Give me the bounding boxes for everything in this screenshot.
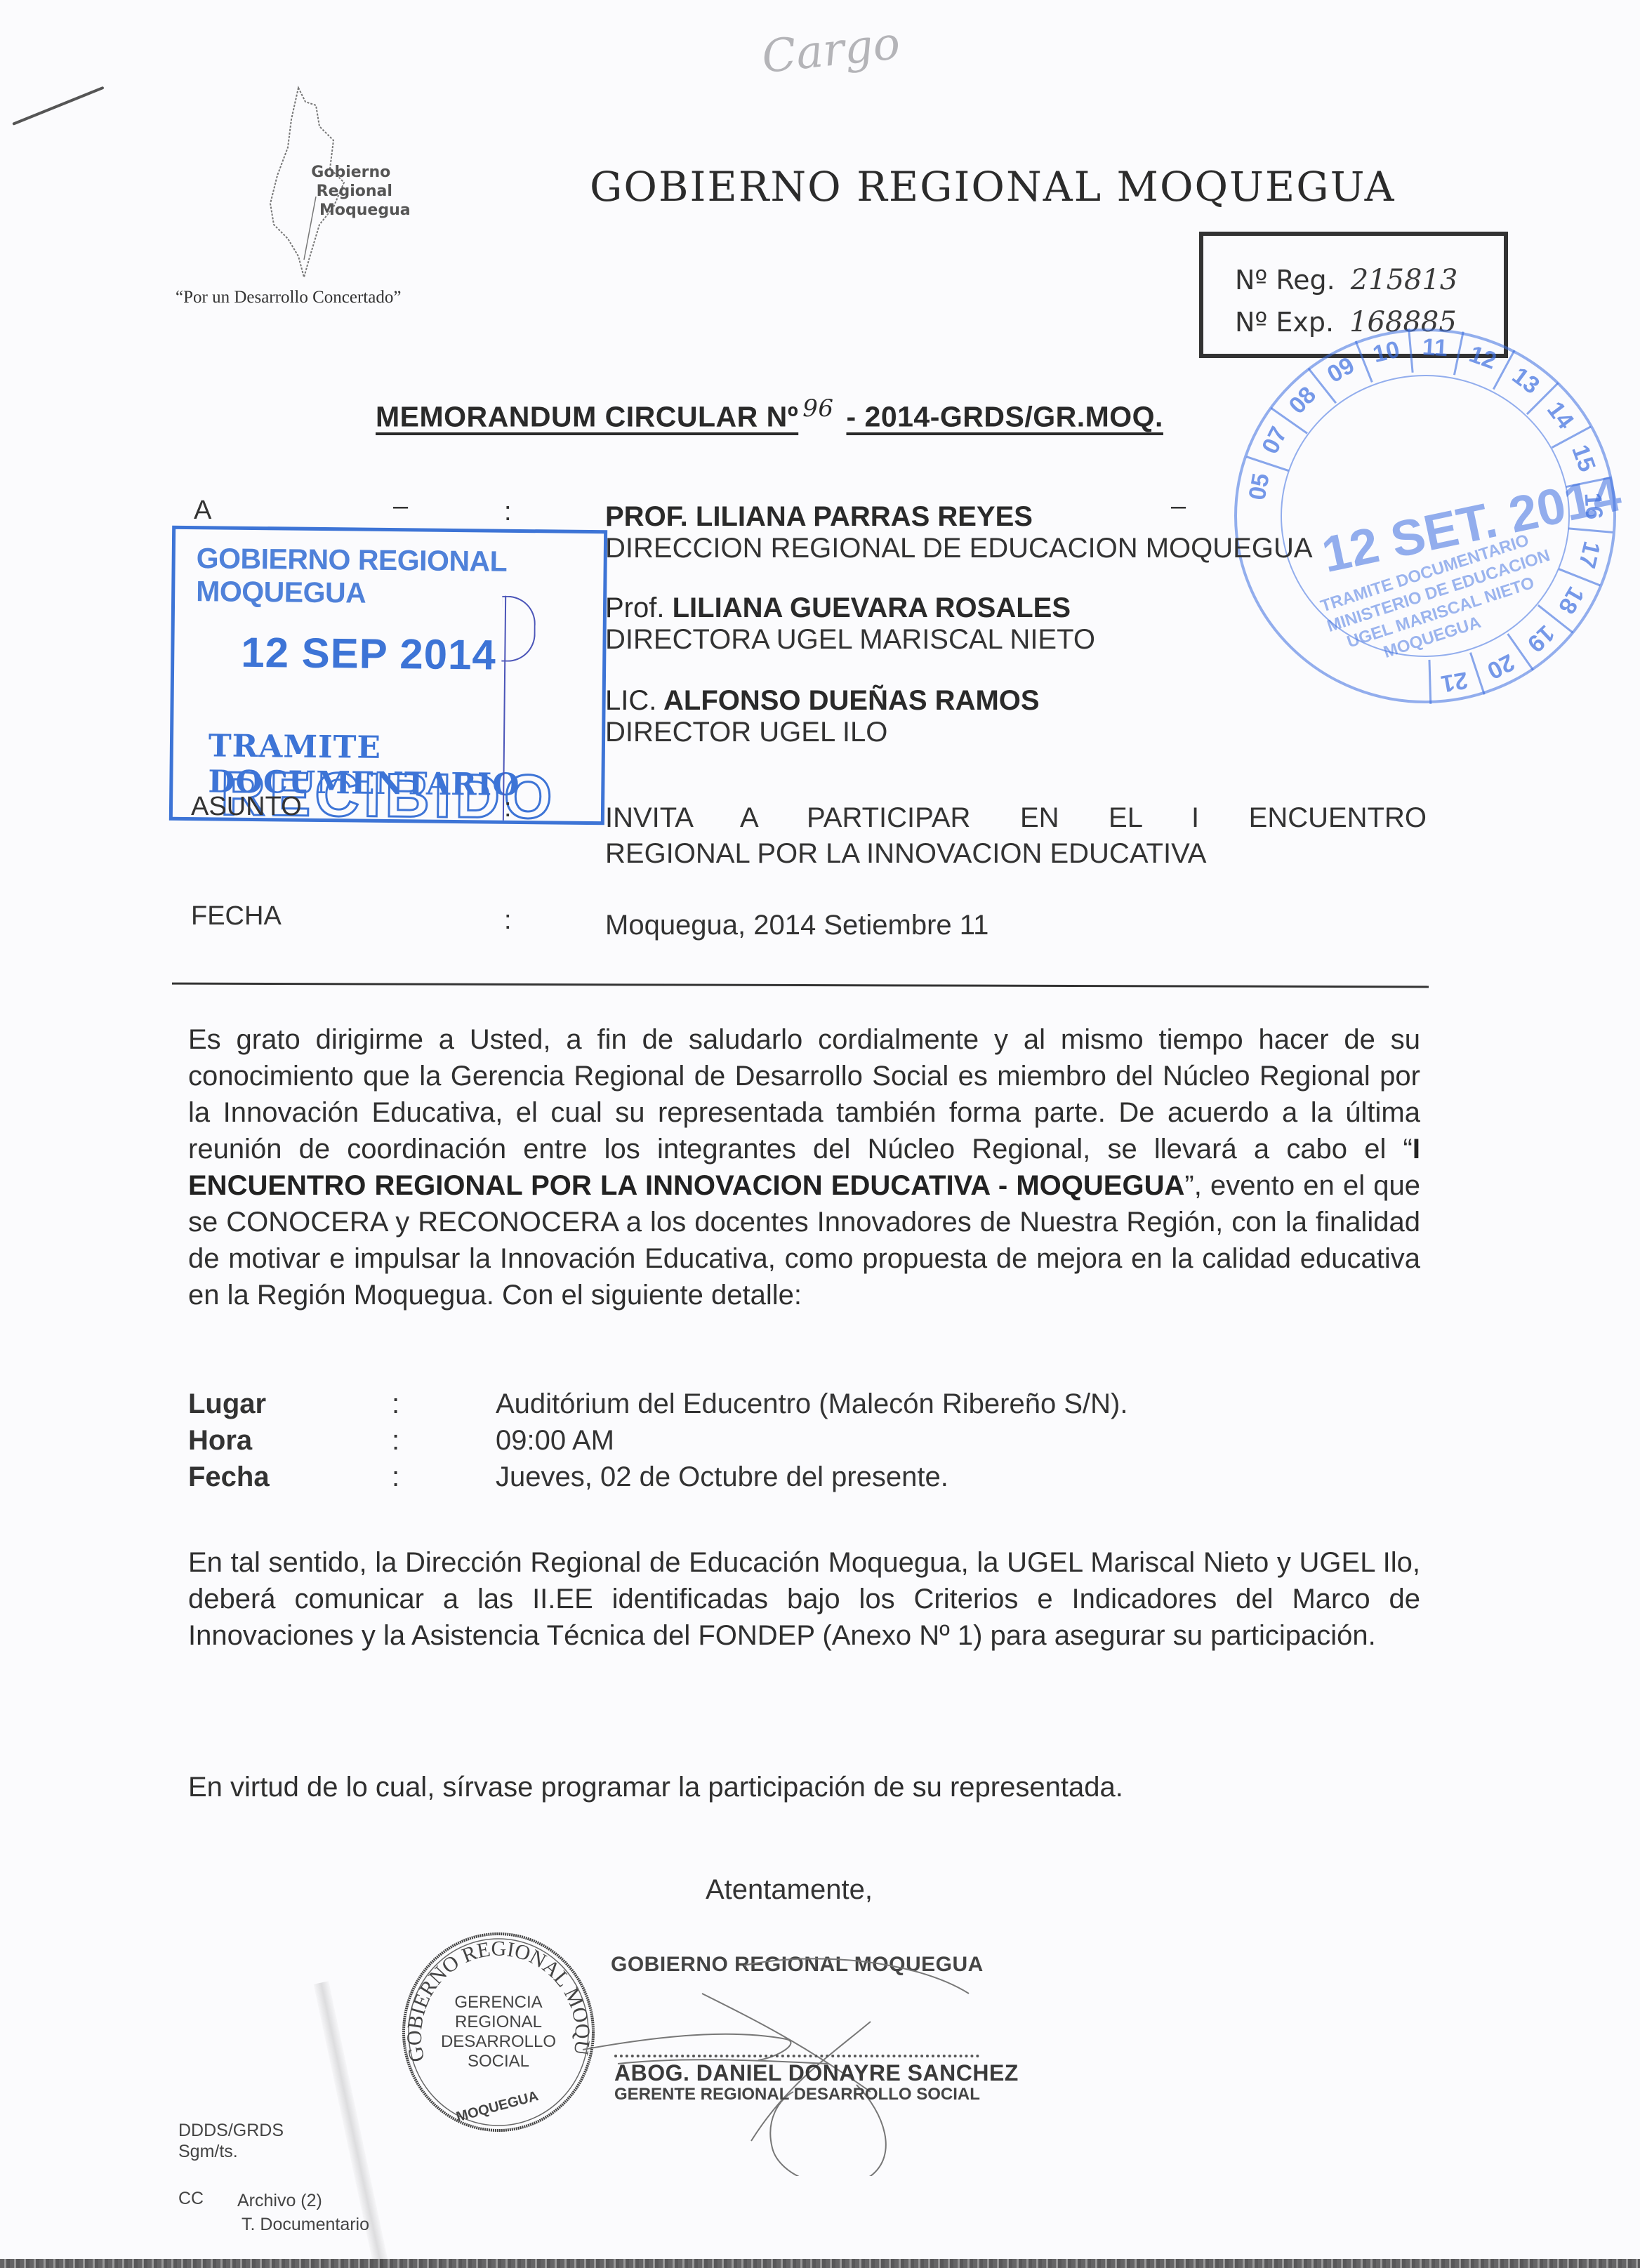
svg-text:21: 21 bbox=[1439, 666, 1470, 697]
organization-title: GOBIERNO REGIONAL MOQUEGUA bbox=[590, 163, 1396, 211]
svg-text:18: 18 bbox=[1553, 582, 1589, 618]
body-paragraph-2: En tal sentido, la Dirección Regional de… bbox=[188, 1544, 1420, 1654]
svg-text:20: 20 bbox=[1483, 649, 1519, 684]
svg-text:07: 07 bbox=[1257, 423, 1292, 458]
svg-text:05: 05 bbox=[1244, 471, 1275, 502]
closing: Atentamente, bbox=[706, 1874, 873, 1906]
subject-colon: : bbox=[504, 793, 512, 823]
to-label: A bbox=[194, 496, 211, 526]
svg-text:DESARROLLO: DESARROLLO bbox=[441, 2032, 556, 2051]
cc-list: Archivo (2) T. Documentario bbox=[237, 2189, 369, 2236]
svg-text:GERENCIA: GERENCIA bbox=[454, 1993, 542, 2012]
signatory-title: GERENTE REGIONAL DESARROLLO SOCIAL bbox=[614, 2085, 980, 2104]
svg-text:17: 17 bbox=[1573, 539, 1606, 571]
handwritten-cargo-note: Cargo bbox=[760, 18, 903, 84]
date-value: Moquegua, 2014 Setiembre 11 bbox=[605, 910, 988, 941]
svg-text:12: 12 bbox=[1466, 340, 1500, 375]
registry-number: Nº Reg.215813 bbox=[1235, 264, 1457, 296]
svg-text:REGIONAL: REGIONAL bbox=[455, 2012, 542, 2031]
reference-initials: DDDS/GRDS Sgm/ts. bbox=[178, 2120, 284, 2162]
dash-mark: – bbox=[393, 491, 408, 522]
official-seal: GOBIERNO REGIONAL MOQUEGUA GERENCIA REGI… bbox=[397, 1927, 600, 2137]
memo-number-handwritten: 96 bbox=[802, 394, 833, 423]
received-stamp: GOBIERNO REGIONAL MOQUEGUA 12 SEP 2014 T… bbox=[169, 526, 607, 825]
svg-text:11: 11 bbox=[1422, 333, 1448, 362]
subject-text: INVITA A PARTICIPAR EN EL I ENCUENTRO RE… bbox=[605, 800, 1427, 872]
date-colon: : bbox=[504, 906, 512, 936]
handwritten-initial bbox=[503, 596, 534, 821]
body-paragraph-3: En virtud de lo cual, sírvase programar … bbox=[188, 1769, 1420, 1805]
svg-text:14: 14 bbox=[1542, 397, 1579, 434]
cc-label: CC bbox=[178, 2189, 204, 2209]
motto: “Por un Desarrollo Concertado” bbox=[176, 288, 401, 307]
logo-text: Gobierno Regional Moquegua bbox=[291, 163, 411, 220]
signatory-name: ABOG. DANIEL DONAYRE SANCHEZ bbox=[614, 2060, 1019, 2086]
to-colon: : bbox=[504, 497, 512, 527]
date-label: FECHA bbox=[191, 901, 282, 931]
recipient-1: PROF. LILIANA PARRAS REYES DIRECCION REG… bbox=[605, 501, 1313, 564]
signature-line bbox=[614, 2055, 979, 2057]
scanned-memorandum-page: Cargo Gobierno Regional Moquegua “Por un… bbox=[0, 0, 1640, 2268]
subject-label: ASUNTO bbox=[191, 792, 302, 822]
svg-text:SOCIAL: SOCIAL bbox=[468, 2052, 529, 2071]
memo-title: MEMORANDUM CIRCULAR Nº96- 2014-GRDS/GR.M… bbox=[376, 394, 1163, 434]
header-divider bbox=[172, 983, 1429, 988]
svg-text:10: 10 bbox=[1370, 336, 1403, 369]
recipient-3: LIC. ALFONSO DUEÑAS RAMOS DIRECTOR UGEL … bbox=[605, 685, 1040, 748]
svg-text:MOQUEGUA: MOQUEGUA bbox=[455, 2088, 541, 2125]
body-paragraph-1: Es grato dirigirme a Usted, a fin de sal… bbox=[188, 1021, 1420, 1313]
recipient-2: Prof. LILIANA GUEVARA ROSALES DIRECTORA … bbox=[605, 592, 1095, 656]
staple-mark bbox=[12, 86, 104, 126]
page-bottom-edge bbox=[0, 2259, 1640, 2268]
